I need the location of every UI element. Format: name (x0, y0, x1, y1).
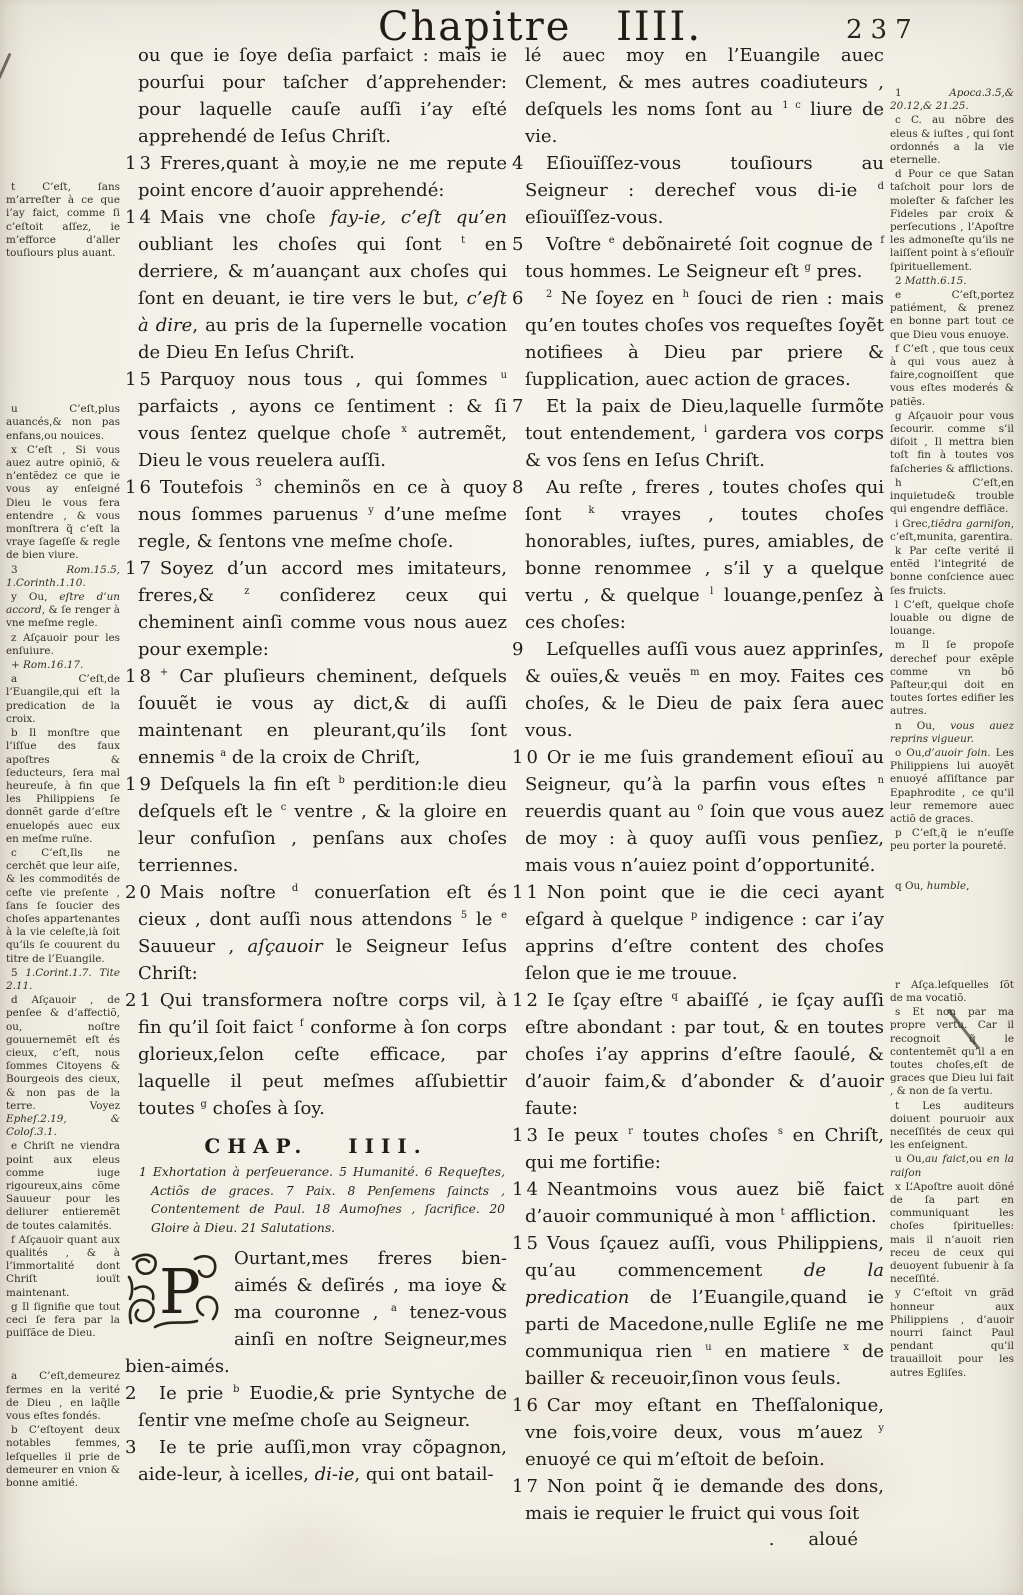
verse-number: 11 (512, 879, 541, 906)
right-margin-notes-column: 1 Apoca.3.5,& 20.12,& 21.25.c C. au nõbr… (890, 45, 1014, 1381)
verse: 9Leſquelles auſſi vous auez apprinſes, &… (512, 636, 884, 744)
verse-body: Ie ſçay eſtre q abaiſſé , ie ſçay auſſi … (525, 990, 884, 1119)
left-margin-notes-block-3: a C’eſt,demeurez fermes en la verité de … (6, 1370, 120, 1490)
verse-number: 8 (512, 474, 540, 501)
verse: 4Eſiouïſſez-vous touſiours au Seigneur :… (512, 150, 884, 231)
verse: 2Ie prie b Euodie,& prie Syntyche de ſen… (125, 1380, 507, 1434)
verse-body: Mais vne choſe fay-ie, c’eſt qu’en oubli… (138, 207, 507, 363)
drop-cap-initial: P (125, 1249, 225, 1331)
verse-body: Non point que ie die ceci ayant eſgard à… (525, 882, 884, 984)
verse: 10Or ie me ſuis grandement eſiouï au Sei… (512, 744, 884, 879)
book-page: Chapitre IIII. 237 t C’eſt, ſans m’arreſ… (0, 0, 1023, 1595)
verse: 5Voſtre e debõnaireté ſoit cognue de f t… (512, 231, 884, 285)
margin-note: f Aſçauoir quant aux qualités , & à l’im… (6, 1234, 120, 1300)
verse-number: 14 (512, 1176, 541, 1203)
margin-note: h C’eſt,en inquietude& trouble qui engen… (890, 477, 1014, 517)
verse: 20Mais noſtre d conuerſation eſt és cieu… (125, 879, 507, 987)
verse: 21Qui transformera noſtre corps vil, à f… (125, 987, 507, 1122)
verse-number: 7 (512, 393, 540, 420)
verse-number: 18 (125, 663, 154, 690)
verse-body: Qui transformera noſtre corps vil, à fin… (138, 990, 507, 1119)
verse-number: 16 (512, 1392, 541, 1419)
verse-number: 17 (512, 1473, 541, 1500)
catchword: .aloué (512, 1529, 884, 1550)
catchword-text: aloué (808, 1529, 858, 1550)
verse: 19Deſquels la fin eſt b perdition:le die… (125, 771, 507, 879)
margin-note: x C’eſt , Si vous auez autre opiniõ, & n… (6, 444, 120, 563)
left-margin-notes-column: t C’eſt, ſans m’arreſter à ce que i’ay f… (6, 45, 120, 1491)
catchword-dot: . (769, 1529, 775, 1550)
verse: 11Non point que ie die ceci ayant eſgard… (512, 879, 884, 987)
verse: 3Ie te prie auſſi,mon vray cõpagnon, aid… (125, 1434, 507, 1488)
verse-number: 5 (512, 231, 540, 258)
margin-note: s Et non par ma propre vertu. Car il rec… (890, 1006, 1014, 1098)
margin-note: 3 Rom.15.5, 1.Corinth.1.10. (6, 564, 120, 590)
margin-note: x L’Apoſtre auoit dõné de ſa part en com… (890, 1181, 1014, 1287)
margin-note: d Aſçauoir , de penſee & d’affectiõ, ou,… (6, 994, 120, 1139)
left-text-column: ou que ie ſoye deſia parfaict : mais ie … (125, 42, 507, 1488)
margin-note: p C’eſt,q̃ ie n’euſſe peu porter la pour… (890, 827, 1014, 853)
margin-note: n Ou, vous auez reprins vigueur. (890, 720, 1014, 746)
verse-body: Et la paix de Dieu,laquelle ſurmõte tout… (525, 396, 884, 471)
margin-note: u Ou,au faict,ou en la raiſon (890, 1153, 1014, 1179)
margin-note: u C’eſt,plus auancés,& non pas enfans,ou… (6, 403, 120, 443)
margin-note: a C’eſt,de l’Euangile,qui eſt la predica… (6, 673, 120, 726)
verse: 16Car moy eſtant en Theſſalonique, vne f… (512, 1392, 884, 1473)
verse-number: 3 (125, 1434, 153, 1461)
right-margin-notes-block-2: q Ou, humble, (890, 880, 1014, 893)
verse-body: Soyez d’un accord mes imitateurs, freres… (138, 558, 507, 660)
verse: lé auec moy en l’Euangile auec Clement, … (512, 42, 884, 150)
verse-number: 14 (125, 204, 154, 231)
left-margin-notes-block-1: t C’eſt, ſans m’arreſter à ce que i’ay f… (6, 181, 120, 260)
verse-number: 2 (125, 1380, 153, 1407)
margin-note: q Ou, humble, (890, 880, 1014, 893)
chapter-argument: 1 Exhortation à perſeuerance. 5 Humanité… (139, 1163, 505, 1237)
verse: 14Neantmoins vous auez biẽ faict d’auoir… (512, 1176, 884, 1230)
verse-number: 15 (512, 1230, 541, 1257)
verse-body: Au reſte , freres , toutes choſes qui ſo… (525, 477, 884, 633)
margin-note: e C’eſt,portez patiément, & prenez en bo… (890, 289, 1014, 342)
margin-note: y C’eſtoit vn grãd honneur aux Philippie… (890, 1287, 1014, 1379)
margin-note: 2 Matth.6.15. (890, 275, 1014, 288)
verse-body: 2 Ne ſoyez en h ſouci de rien : mais qu’… (525, 288, 884, 390)
verse: 13Ie peux r toutes choſes s en Chriſt, q… (512, 1122, 884, 1176)
verse-number: 10 (512, 744, 541, 771)
margin-note: b C’eſtoyent deux notables femmes, leſqu… (6, 1424, 120, 1490)
left-margin-notes-block-2: u C’eſt,plus auancés,& non pas enfans,ou… (6, 403, 120, 1340)
verse-number: 20 (125, 879, 154, 906)
verse: 15Vous ſçauez auſſi, vous Philippiens, q… (512, 1230, 884, 1392)
verse: 17Soyez d’un accord mes imitateurs, frer… (125, 555, 507, 663)
verse: 12Ie ſçay eſtre q abaiſſé , ie ſçay auſſ… (512, 987, 884, 1122)
margin-note: r Aſça.leſquelles ſõt de ma vocatiõ. (890, 979, 1014, 1005)
verse-number: 12 (512, 987, 541, 1014)
verse: ou que ie ſoye deſia parfaict : mais ie … (125, 42, 507, 150)
verse-body: lé auec moy en l’Euangile auec Clement, … (525, 45, 884, 147)
margin-note: t Les auditeurs doiuent pouruoir aux nec… (890, 1100, 1014, 1153)
chapter4-verse-1: P Ourtant,mes freres bien-aimés & deſiré… (125, 1245, 507, 1380)
right-margin-notes-block-3: r Aſça.leſquelles ſõt de ma vocatiõ.s Et… (890, 979, 1014, 1380)
margin-note: i Grec,tiẽdra garniſon, c’eſt,munita, ga… (890, 518, 1014, 544)
verse-number: 15 (125, 366, 154, 393)
verse-body: Non point q̃ ie demande des dons, mais i… (525, 1476, 884, 1524)
margin-note: l C’eſt, quelque choſe louable ou digne … (890, 599, 1014, 639)
right-margin-notes-block-1: 1 Apoca.3.5,& 20.12,& 21.25.c C. au nõbr… (890, 87, 1014, 854)
margin-note: o Ou,d’auoir ſoin. Les Philippiens lui a… (890, 747, 1014, 826)
margin-note: g Il ſignifie que tout ceci ſe fera par … (6, 1301, 120, 1341)
verse-body: Ie peux r toutes choſes s en Chriſt, qui… (525, 1125, 884, 1173)
verse-number: 17 (125, 555, 154, 582)
margin-note: a C’eſt,demeurez fermes en la verité de … (6, 1370, 120, 1423)
drop-cap-letter: P (159, 1255, 201, 1328)
verse: 18+ Car pluſieurs cheminent, deſquels ſo… (125, 663, 507, 771)
verse-body: Ie te prie auſſi,mon vray cõpagnon, aide… (138, 1437, 507, 1485)
verse-number: 9 (512, 636, 540, 663)
margin-note: + Rom.16.17. (6, 659, 120, 672)
margin-note: f C’eſt , que tous ceux à qui vous auez … (890, 343, 1014, 409)
right-text-column: lé auec moy en l’Euangile auec Clement, … (512, 42, 884, 1550)
verse-body: Parquoy nous tous , qui ſommes u parfaic… (138, 369, 507, 471)
verse: 7Et la paix de Dieu,laquelle ſurmõte tou… (512, 393, 884, 474)
margin-note: e Chriſt ne viendra point aux eleus comm… (6, 1140, 120, 1232)
margin-note: y Ou, eſtre d’un accord, & ſe renger à v… (6, 591, 120, 631)
verse-body: ou que ie ſoye deſia parfaict : mais ie … (138, 45, 507, 147)
verse-number: 13 (125, 150, 154, 177)
verse-body: Deſquels la fin eſt b perdition:le dieu … (138, 774, 507, 876)
margin-note: d Pour ce que Satan taſchoit pour lors d… (890, 168, 1014, 274)
verse: 62 Ne ſoyez en h ſouci de rien : mais qu… (512, 285, 884, 393)
philippians-4-verses-right: lé auec moy en l’Euangile auec Clement, … (512, 42, 884, 1527)
margin-note: b Il monſtre que l’iſſue des faux apoſtr… (6, 727, 120, 846)
verse-body: + Car pluſieurs cheminent, deſquels ſouu… (138, 666, 507, 768)
verse: 16Toutefois 3 cheminõs en ce à quoy nous… (125, 474, 507, 555)
verse: 14Mais vne choſe fay-ie, c’eſt qu’en oub… (125, 204, 507, 366)
verse-body: Leſquelles auſſi vous auez apprinſes, & … (525, 639, 884, 741)
verse-body: Or ie me ſuis grandement eſiouï au Seign… (525, 747, 884, 876)
verse-body: Voſtre e debõnaireté ſoit cognue de f to… (525, 234, 884, 282)
verse-number: 16 (125, 474, 154, 501)
margin-note: c C. au nõbre des eleus & iuſtes , qui ſ… (890, 114, 1014, 167)
margin-note: g Aſçauoir pour vous ſecourir. comme s’i… (890, 410, 1014, 476)
verse: 8Au reſte , freres , toutes choſes qui ſ… (512, 474, 884, 636)
verse-body: Freres,quant à moy,ie ne me repute point… (138, 153, 507, 201)
margin-note: z Aſçauoir pour les enſuiure. (6, 632, 120, 658)
margin-note: t C’eſt, ſans m’arreſter à ce que i’ay f… (6, 181, 120, 260)
verse-body: Eſiouïſſez-vous touſiours au Seigneur : … (525, 153, 884, 228)
verse-body: Vous ſçauez auſſi, vous Philippiens, qu’… (525, 1233, 884, 1389)
margin-note: c C’eſt,Ils ne cerchẽt que leur aiſe, & … (6, 847, 120, 966)
verse-number: 13 (512, 1122, 541, 1149)
philippians-4-verses-left: 2Ie prie b Euodie,& prie Syntyche de ſen… (125, 1380, 507, 1488)
verse-number: 4 (512, 150, 540, 177)
margin-note: k Par ceſte verité il entẽd l’integrité … (890, 545, 1014, 598)
margin-note: m Il ſe propoſe derechef pour exẽple com… (890, 639, 1014, 718)
verse: 13Freres,quant à moy,ie ne me repute poi… (125, 150, 507, 204)
verse-number: 21 (125, 987, 154, 1014)
verse: 17Non point q̃ ie demande des dons, mais… (512, 1473, 884, 1527)
verse-number: 6 (512, 285, 540, 312)
verse: 15Parquoy nous tous , qui ſommes u parfa… (125, 366, 507, 474)
verse-body: Ie prie b Euodie,& prie Syntyche de ſent… (138, 1383, 507, 1431)
verse-body: Mais noſtre d conuerſation eſt és cieux … (138, 882, 507, 984)
verse-number: 19 (125, 771, 154, 798)
margin-note: 1 Apoca.3.5,& 20.12,& 21.25. (890, 87, 1014, 113)
verse-body: Toutefois 3 cheminõs en ce à quoy nous ſ… (138, 477, 507, 552)
page-number: 237 (846, 15, 920, 45)
verse-body: Car moy eſtant en Theſſalonique, vne foi… (525, 1395, 884, 1470)
philippians-3-verses: ou que ie ſoye deſia parfaict : mais ie … (125, 42, 507, 1122)
verse-body: Neantmoins vous auez biẽ faict d’auoir c… (525, 1179, 884, 1227)
margin-note: 5 1.Corint.1.7. Tite 2.11. (6, 967, 120, 993)
chapter-heading: CHAP. IIII. (125, 1134, 507, 1158)
